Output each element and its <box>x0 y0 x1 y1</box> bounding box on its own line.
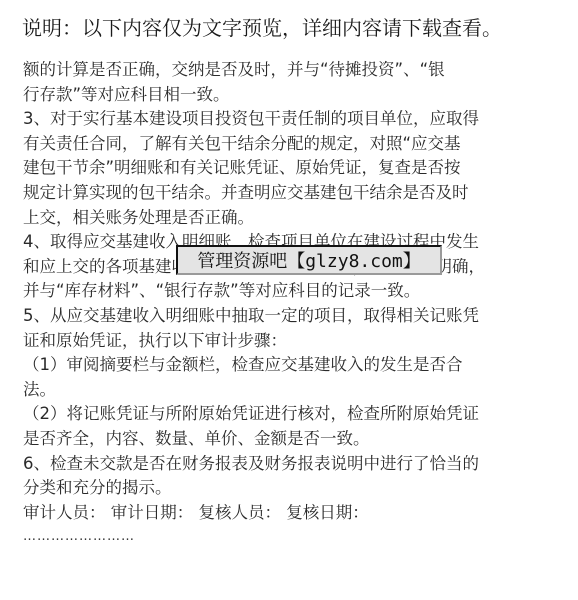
watermark-banner: 管理资源吧【glzy8.com】 <box>176 245 442 275</box>
document-line: 证和原始凭证，执行以下审计步骤： <box>23 329 563 354</box>
document-line: 行存款”等对应科目相一致。 <box>23 83 563 108</box>
signature-line: 审计人员： 审计日期： 复核人员： 复核日期： <box>23 501 563 526</box>
document-line: 5、从应交基建收入明细账中抽取一定的项目，取得相关记账凭 <box>23 304 563 329</box>
document-line: 额的计算是否正确，交纳是否及时，并与“待摊投资”、“银 <box>23 58 563 83</box>
ellipsis-line: …………………… <box>23 525 563 550</box>
document-line: 建包干节余”明细账和有关记账凭证、原始凭证，复查是否按 <box>23 156 563 181</box>
document-line: （1）审阅摘要栏与金额栏，检查应交基建收入的发生是否合 <box>23 353 563 378</box>
document-line: 有关责任合同，了解有关包干结余分配的规定，对照“应交基 <box>23 132 563 157</box>
preview-notice: 说明：以下内容仅为文字预览，详细内容请下载查看。 <box>22 14 502 42</box>
document-line: 分类和充分的揭示。 <box>23 476 563 501</box>
document-line: 并与“库存材料”、“银行存款”等对应科目的记录一致。 <box>23 279 563 304</box>
document-line: 规定计算实现的包干结余。并查明应交基建包干结余是否及时 <box>23 181 563 206</box>
document-line: 3、对于实行基本建设项目投资包干责任制的项目单位，应取得 <box>23 107 563 132</box>
document-body: 额的计算是否正确，交纳是否及时，并与“待摊投资”、“银 行存款”等对应科目相一致… <box>23 58 563 550</box>
document-line: （2）将记账凭证与所附原始凭证进行核对，检查所附原始凭证 <box>23 402 563 427</box>
document-line: 是否齐全，内容、数量、单价、金额是否一致。 <box>23 427 563 452</box>
document-line: 法。 <box>23 378 563 403</box>
document-line: 6、检查未交款是否在财务报表及财务报表说明中进行了恰当的 <box>23 452 563 477</box>
document-line: 上交，相关账务处理是否正确。 <box>23 206 563 231</box>
